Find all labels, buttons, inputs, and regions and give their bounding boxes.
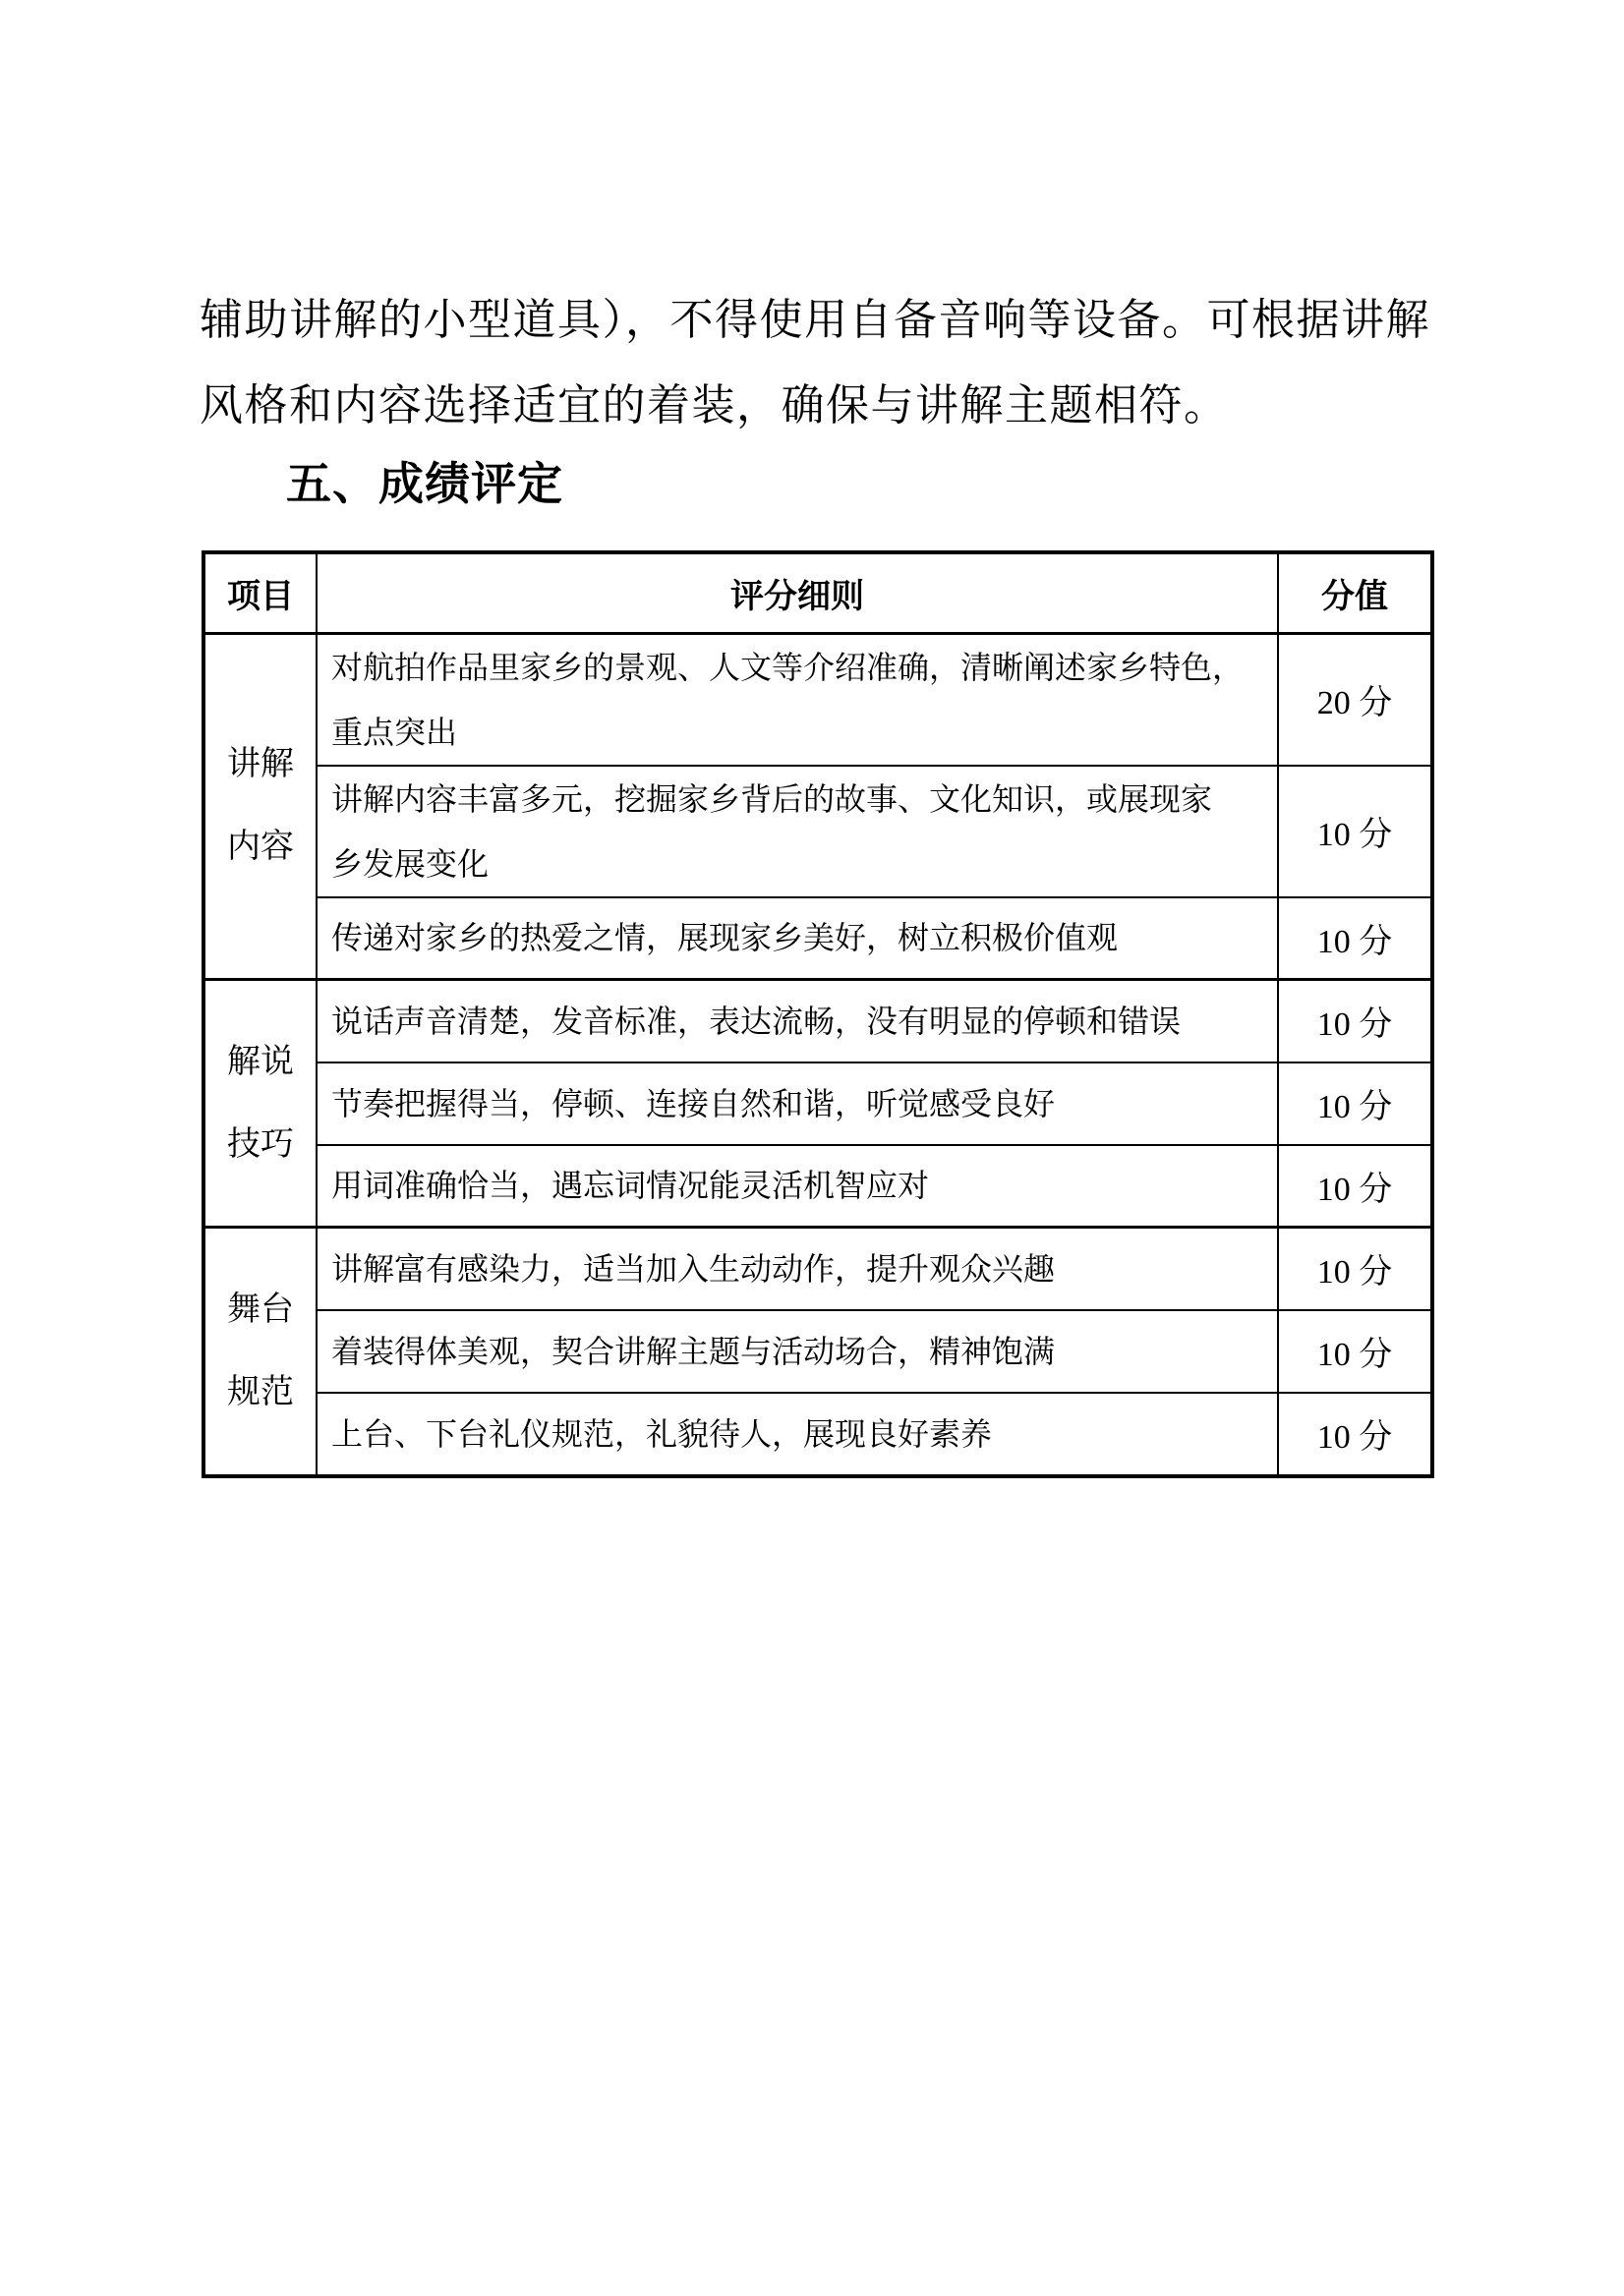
section-heading: 五、成绩评定	[286, 456, 563, 511]
score-cell: 10 分	[1278, 1310, 1432, 1393]
table-row: 讲解内容丰富多元，挖掘家乡背后的故事、文化知识，或展现家 乡发展变化 10 分	[203, 766, 1432, 897]
group-label-narration-skill: 解说 技巧	[203, 980, 317, 1228]
criterion-cell: 说话声音清楚，发音标准，表达流畅，没有明显的停顿和错误	[317, 980, 1278, 1062]
table-row: 讲解 内容 对航拍作品里家乡的景观、人文等介绍准确，清晰阐述家乡特色， 重点突出…	[203, 633, 1432, 766]
score-cell: 20 分	[1278, 633, 1432, 766]
scoring-table: 项目 评分细则 分值 讲解 内容 对航拍作品里家乡的景观、人文等介绍准确，清晰阐…	[202, 550, 1434, 1478]
group-label-explain-content: 讲解 内容	[203, 633, 317, 980]
criterion-cell: 用词准确恰当，遇忘词情况能灵活机智应对	[317, 1145, 1278, 1228]
score-cell: 10 分	[1278, 980, 1432, 1062]
table-row: 舞台 规范 讲解富有感染力，适当加入生动动作，提升观众兴趣 10 分	[203, 1228, 1432, 1310]
header-item: 项目	[203, 552, 317, 633]
table-row: 着装得体美观，契合讲解主题与活动场合，精神饱满 10 分	[203, 1310, 1432, 1393]
header-score: 分值	[1278, 552, 1432, 633]
table-header-row: 项目 评分细则 分值	[203, 552, 1432, 633]
criterion-cell: 传递对家乡的热爱之情，展现家乡美好，树立积极价值观	[317, 897, 1278, 980]
criterion-cell: 讲解内容丰富多元，挖掘家乡背后的故事、文化知识，或展现家 乡发展变化	[317, 766, 1278, 897]
table-row: 解说 技巧 说话声音清楚，发音标准，表达流畅，没有明显的停顿和错误 10 分	[203, 980, 1432, 1062]
criterion-cell: 节奏把握得当，停顿、连接自然和谐，听觉感受良好	[317, 1062, 1278, 1145]
table-row: 上台、下台礼仪规范，礼貌待人，展现良好素养 10 分	[203, 1393, 1432, 1476]
intro-paragraph: 辅助讲解的小型道具），不得使用自备音响等设备。可根据讲解 风格和内容选择适宜的着…	[200, 277, 1463, 448]
score-cell: 10 分	[1278, 766, 1432, 897]
table-row: 节奏把握得当，停顿、连接自然和谐，听觉感受良好 10 分	[203, 1062, 1432, 1145]
score-cell: 10 分	[1278, 1145, 1432, 1228]
criterion-cell: 上台、下台礼仪规范，礼貌待人，展现良好素养	[317, 1393, 1278, 1476]
score-cell: 10 分	[1278, 1393, 1432, 1476]
document-page: 辅助讲解的小型道具），不得使用自备音响等设备。可根据讲解 风格和内容选择适宜的着…	[0, 0, 1624, 2296]
group-label-stage-etiquette: 舞台 规范	[203, 1228, 317, 1476]
criterion-cell: 着装得体美观，契合讲解主题与活动场合，精神饱满	[317, 1310, 1278, 1393]
score-cell: 10 分	[1278, 897, 1432, 980]
score-cell: 10 分	[1278, 1228, 1432, 1310]
criterion-cell: 对航拍作品里家乡的景观、人文等介绍准确，清晰阐述家乡特色， 重点突出	[317, 633, 1278, 766]
criterion-cell: 讲解富有感染力，适当加入生动动作，提升观众兴趣	[317, 1228, 1278, 1310]
table-row: 用词准确恰当，遇忘词情况能灵活机智应对 10 分	[203, 1145, 1432, 1228]
score-cell: 10 分	[1278, 1062, 1432, 1145]
table-row: 传递对家乡的热爱之情，展现家乡美好，树立积极价值观 10 分	[203, 897, 1432, 980]
header-criteria: 评分细则	[317, 552, 1278, 633]
